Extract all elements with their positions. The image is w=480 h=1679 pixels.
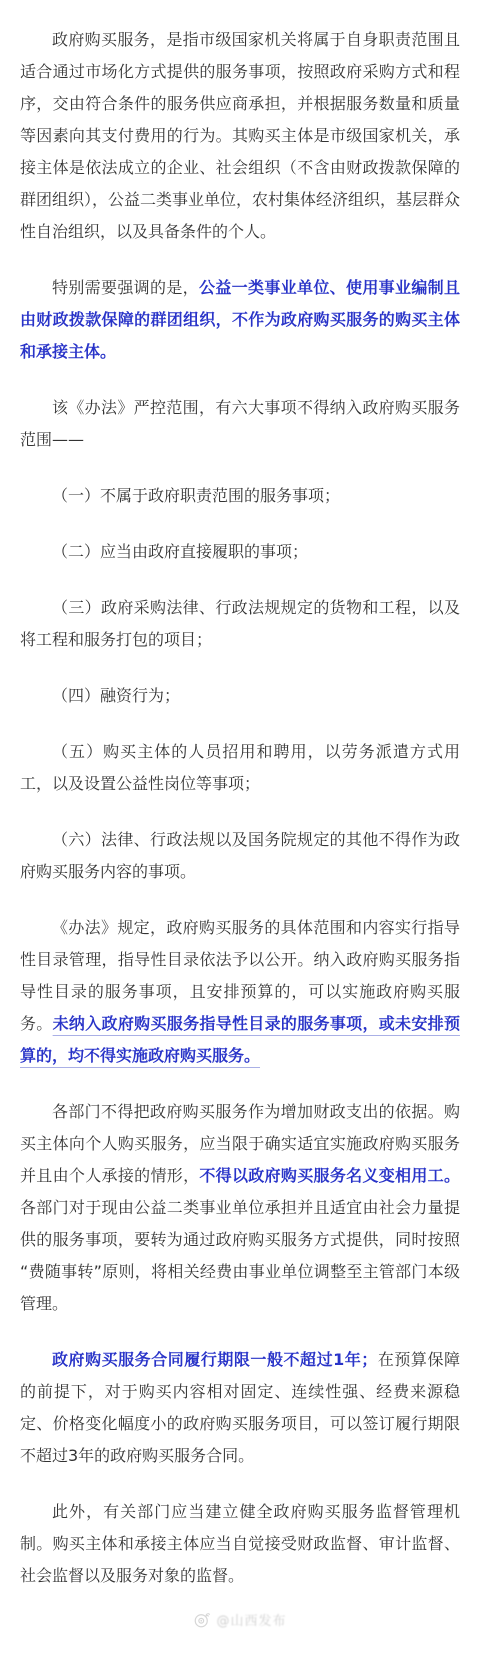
- article-paragraph: （二）应当由政府直接履职的事项；: [20, 536, 460, 568]
- article-page: 政府购买服务，是指市级国家机关将属于自身职责范围且适合通过市场化方式提供的服务事…: [0, 0, 480, 1655]
- weibo-watermark: @山西发布: [20, 1610, 460, 1629]
- text-run: （二）应当由政府直接履职的事项；: [52, 542, 308, 561]
- text-run: 此外，有关部门应当建立健全政府购买服务监督管理机制。购买主体和承接主体应当自觉接…: [20, 1502, 460, 1585]
- text-run: 未纳入政府购买服务指导性目录的服务事项，或未安排预算的，均不得实施政府购买服务。: [20, 1014, 460, 1065]
- article-paragraph: （六）法律、行政法规以及国务院规定的其他不得作为政府购买服务内容的事项。: [20, 824, 460, 888]
- text-run: 不得以政府购买服务名义变相用工。: [199, 1166, 460, 1185]
- text-run: 政府购买服务合同履行期限一般不超过1年；: [52, 1350, 377, 1369]
- weibo-eye-icon: [193, 1611, 211, 1629]
- text-run: 特别需要强调的是，: [52, 278, 199, 297]
- text-run: 政府购买服务，是指市级国家机关将属于自身职责范围且适合通过市场化方式提供的服务事…: [20, 30, 460, 241]
- article-paragraph: 政府购买服务合同履行期限一般不超过1年；在预算保障的前提下，对于购买内容相对固定…: [20, 1344, 460, 1472]
- article-paragraph: 该《办法》严控范围，有六大事项不得纳入政府购买服务范围——: [20, 392, 460, 456]
- article-paragraph: （四）融资行为；: [20, 680, 460, 712]
- text-run: （一）不属于政府职责范围的服务事项；: [52, 486, 340, 505]
- text-run: 各部门对于现由公益二类事业单位承担并且适宜由社会力量提供的服务事项，要转为通过政…: [20, 1198, 460, 1313]
- article-paragraph: 《办法》规定，政府购买服务的具体范围和内容实行指导性目录管理，指导性目录依法予以…: [20, 912, 460, 1072]
- article-paragraph: （五）购买主体的人员招用和聘用，以劳务派遣方式用工，以及设置公益性岗位等事项；: [20, 736, 460, 800]
- text-run: 该《办法》严控范围，有六大事项不得纳入政府购买服务范围——: [20, 398, 460, 449]
- text-run: （五）购买主体的人员招用和聘用，以劳务派遣方式用工，以及设置公益性岗位等事项；: [20, 742, 460, 793]
- article-paragraph: （三）政府采购法律、行政法规规定的货物和工程，以及将工程和服务打包的项目；: [20, 592, 460, 656]
- text-run: （三）政府采购法律、行政法规规定的货物和工程，以及将工程和服务打包的项目；: [20, 598, 460, 649]
- article-paragraph: 各部门不得把政府购买服务作为增加财政支出的依据。购买主体向个人购买服务，应当限于…: [20, 1096, 460, 1320]
- article-paragraph: 此外，有关部门应当建立健全政府购买服务监督管理机制。购买主体和承接主体应当自觉接…: [20, 1496, 460, 1592]
- article-paragraph: 政府购买服务，是指市级国家机关将属于自身职责范围且适合通过市场化方式提供的服务事…: [20, 24, 460, 248]
- text-run: （六）法律、行政法规以及国务院规定的其他不得作为政府购买服务内容的事项。: [20, 830, 460, 881]
- text-run: （四）融资行为；: [52, 686, 180, 705]
- watermark-text: @山西发布: [216, 1610, 286, 1629]
- article-paragraph: 特别需要强调的是，公益一类事业单位、使用事业编制且由财政拨款保障的群团组织，不作…: [20, 272, 460, 368]
- article-paragraph: （一）不属于政府职责范围的服务事项；: [20, 480, 460, 512]
- article-body: 政府购买服务，是指市级国家机关将属于自身职责范围且适合通过市场化方式提供的服务事…: [20, 24, 460, 1592]
